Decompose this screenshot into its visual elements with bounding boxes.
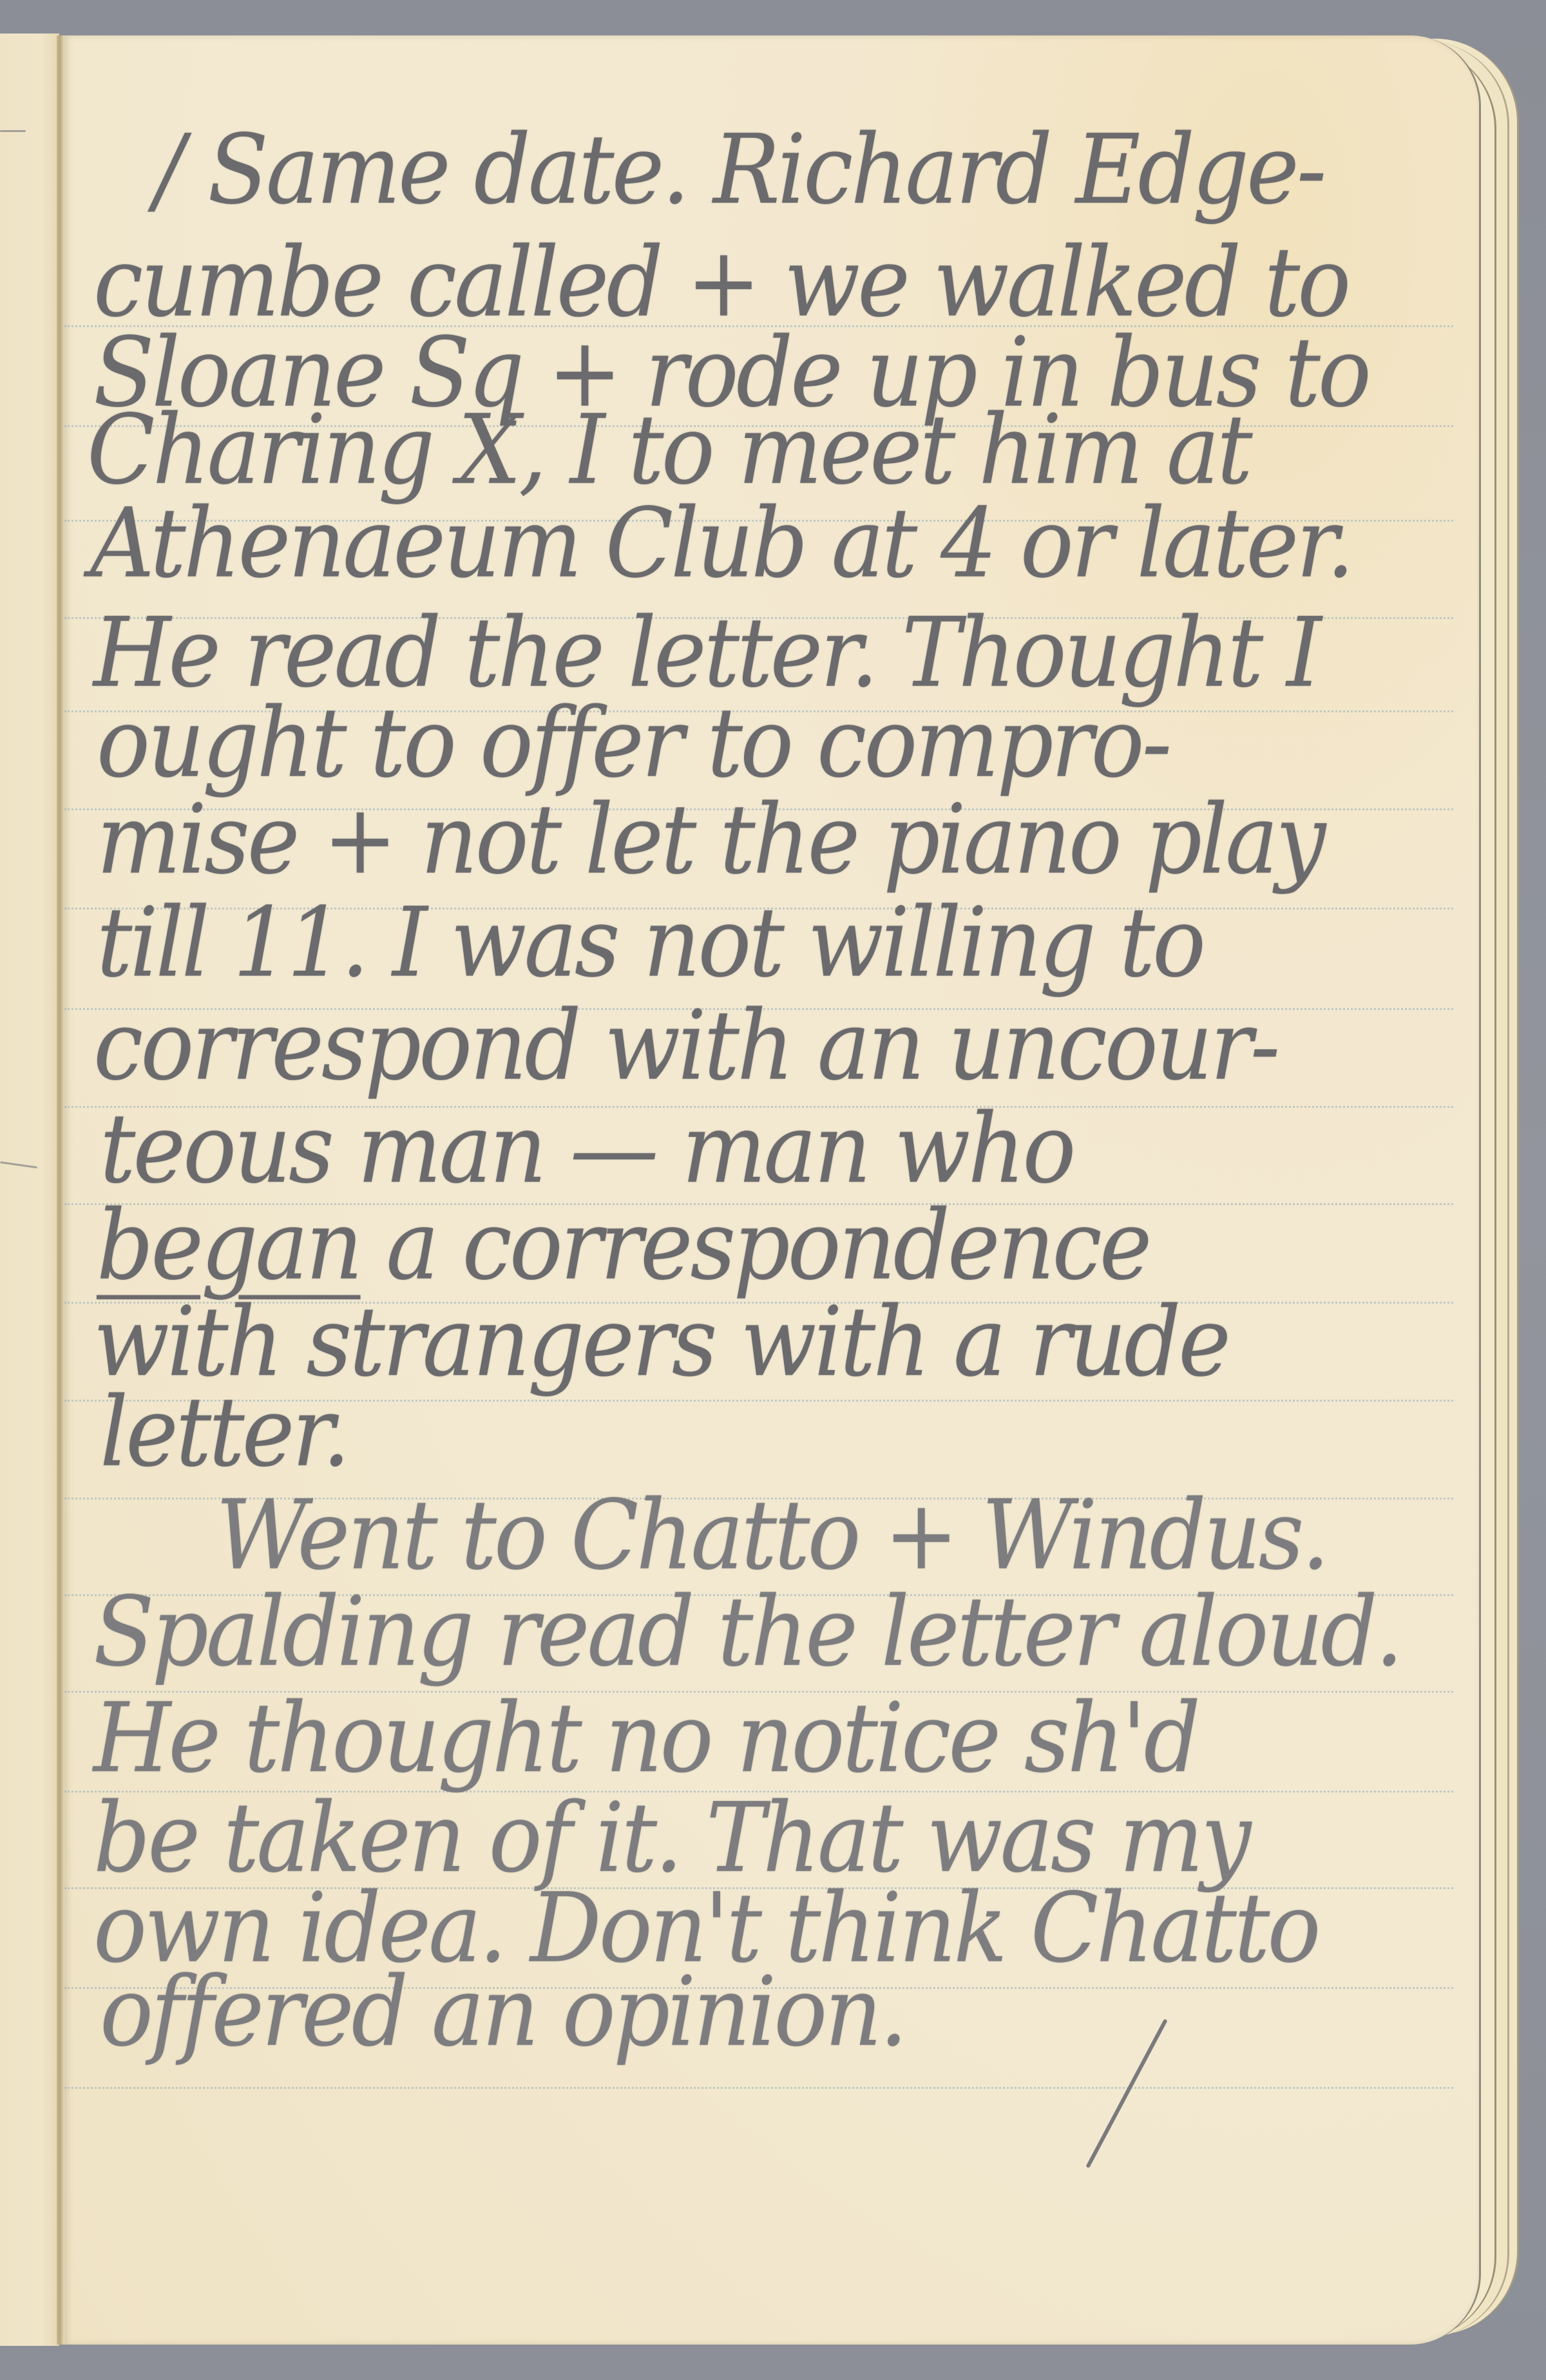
ruled-line <box>64 2087 1453 2089</box>
handwritten-line: Charing X, I to meet him at <box>87 402 1250 498</box>
underlined-word: began <box>97 1190 361 1302</box>
handwritten-line: He thought no notice sh'd <box>93 1690 1198 1786</box>
handwritten-line: letter. <box>100 1384 348 1480</box>
facing-page-pencil-mark <box>0 1161 37 1168</box>
handwritten-line: mise + not let the piano play <box>97 792 1323 888</box>
checkmark-icon <box>1085 2019 1167 2168</box>
handwritten-text: a correspondence <box>361 1190 1150 1302</box>
handwritten-line: Spalding read the letter aloud. <box>93 1584 1401 1680</box>
handwritten-line: teous man — man who <box>100 1101 1073 1197</box>
handwritten-line: Went to Chatto + Windus. <box>216 1487 1327 1583</box>
handwritten-line: correspond with an uncour- <box>93 998 1277 1094</box>
facing-page-pencil-mark <box>0 130 26 132</box>
handwritten-line: Athenaeum Club at 4 or later. <box>90 495 1352 591</box>
handwritten-line: till 11. I was not willing to <box>97 895 1203 991</box>
notebook-page: / Same date. Richard Edge- cumbe called … <box>64 35 1481 2345</box>
handwritten-line: began a correspondence <box>97 1197 1149 1293</box>
notebook-gutter <box>57 35 64 2345</box>
handwritten-line: ought to offer to compro- <box>97 695 1169 791</box>
facing-page-left-edge <box>0 33 59 2346</box>
handwritten-line: offered an opinion. <box>100 1964 905 2060</box>
handwritten-line: / Same date. Richard Edge- <box>155 122 1324 218</box>
